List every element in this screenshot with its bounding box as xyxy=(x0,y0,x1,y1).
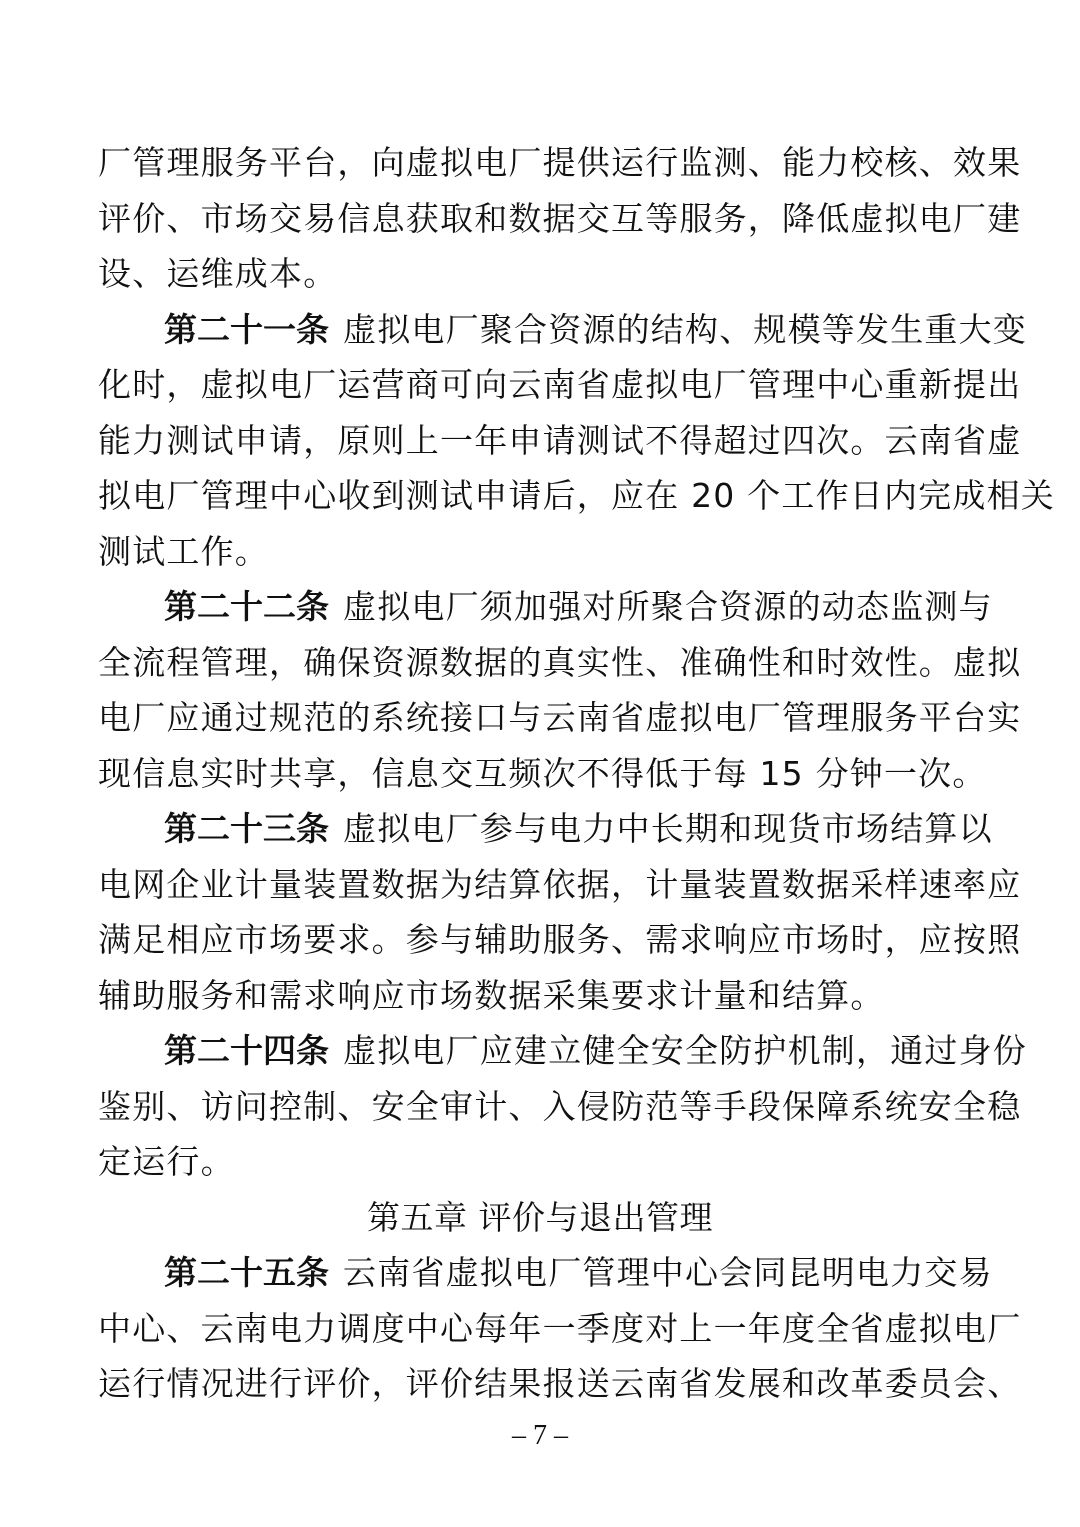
chapter-heading: 第五章 评价与退出管理 xyxy=(98,1190,982,1246)
article-24-first-line: 第二十四条虚拟电厂应建立健全安全防护机制，通过身份 xyxy=(98,1023,982,1079)
paragraph-line: 运行情况进行评价，评价结果报送云南省发展和改革委员会、 xyxy=(98,1356,982,1412)
paragraph-line: 能力测试申请，原则上一年申请测试不得超过四次。云南省虚 xyxy=(98,413,982,469)
article-text: 虚拟电厂应建立健全安全防护机制，通过身份 xyxy=(343,1031,1027,1070)
paragraph-line: 全流程管理，确保资源数据的真实性、准确性和时效性。虚拟 xyxy=(98,635,982,691)
article-title: 第二十四条 xyxy=(164,1031,329,1070)
paragraph-line: 辅助服务和需求响应市场数据采集要求计量和结算。 xyxy=(98,968,982,1024)
paragraph-line: 拟电厂管理中心收到测试申请后，应在 20 个工作日内完成相关 xyxy=(98,468,982,524)
paragraph-line: 厂管理服务平台，向虚拟电厂提供运行监测、能力校核、效果 xyxy=(98,135,982,191)
paragraph-line: 评价、市场交易信息获取和数据交互等服务，降低虚拟电厂建 xyxy=(98,191,982,247)
paragraph-line: 定运行。 xyxy=(98,1134,982,1190)
article-text: 虚拟电厂须加强对所聚合资源的动态监测与 xyxy=(343,587,993,626)
article-22-first-line: 第二十二条虚拟电厂须加强对所聚合资源的动态监测与 xyxy=(98,579,982,635)
article-text: 虚拟电厂参与电力中长期和现货市场结算以 xyxy=(343,809,993,848)
paragraph-line: 化时，虚拟电厂运营商可向云南省虚拟电厂管理中心重新提出 xyxy=(98,357,982,413)
article-21-first-line: 第二十一条虚拟电厂聚合资源的结构、规模等发生重大变 xyxy=(98,302,982,358)
paragraph-line: 鉴别、访问控制、安全审计、入侵防范等手段保障系统安全稳 xyxy=(98,1079,982,1135)
paragraph-line: 中心、云南电力调度中心每年一季度对上一年度全省虚拟电厂 xyxy=(98,1301,982,1357)
paragraph-line: 测试工作。 xyxy=(98,524,982,580)
article-title: 第二十五条 xyxy=(164,1253,329,1292)
paragraph-line: 满足相应市场要求。参与辅助服务、需求响应市场时，应按照 xyxy=(98,912,982,968)
document-page: 厂管理服务平台，向虚拟电厂提供运行监测、能力校核、效果 评价、市场交易信息获取和… xyxy=(98,135,982,1412)
article-text: 虚拟电厂聚合资源的结构、规模等发生重大变 xyxy=(343,310,1027,349)
article-title: 第二十三条 xyxy=(164,809,329,848)
paragraph-line: 电厂应通过规范的系统接口与云南省虚拟电厂管理服务平台实 xyxy=(98,690,982,746)
article-text: 云南省虚拟电厂管理中心会同昆明电力交易 xyxy=(343,1253,993,1292)
paragraph-line: 现信息实时共享，信息交互频次不得低于每 15 分钟一次。 xyxy=(98,746,982,802)
paragraph-line: 设、运维成本。 xyxy=(98,246,982,302)
article-title: 第二十二条 xyxy=(164,587,329,626)
article-23-first-line: 第二十三条虚拟电厂参与电力中长期和现货市场结算以 xyxy=(98,801,982,857)
article-title: 第二十一条 xyxy=(164,310,329,349)
paragraph-line: 电网企业计量装置数据为结算依据，计量装置数据采样速率应 xyxy=(98,857,982,913)
page-number: – 7 – xyxy=(0,1420,1080,1452)
article-25-first-line: 第二十五条云南省虚拟电厂管理中心会同昆明电力交易 xyxy=(98,1245,982,1301)
